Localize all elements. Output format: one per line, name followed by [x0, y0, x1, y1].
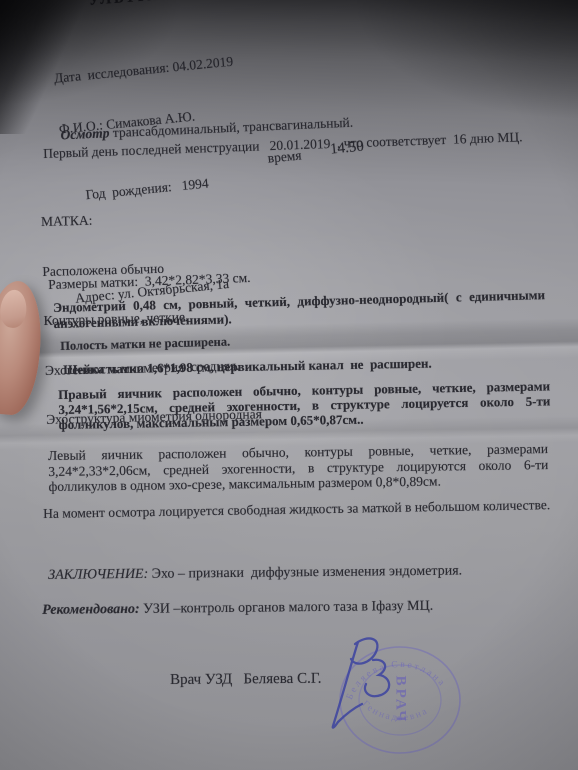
- doctor-signature-line: Врач УЗД Беляева С.Г.: [170, 671, 322, 688]
- exam-type-label: Осмотр: [60, 125, 110, 142]
- recommendation-label: Рекомендовано:: [42, 602, 140, 618]
- left-ovary-paragraph: Левый яичник расположен обычно, контуры …: [48, 441, 549, 494]
- uterus-heading: МАТКА:: [41, 208, 257, 230]
- handwritten-signature: [318, 632, 418, 742]
- free-fluid-line: На момент осмотра лоцируется свободная ж…: [43, 497, 550, 522]
- recommendation-line: Рекомендовано: УЗИ –контроль органов мал…: [28, 583, 433, 635]
- conclusion-text: Эхо – признаки диффузные изменения эндом…: [148, 564, 462, 582]
- recommendation-text: УЗИ –контроль органов малого таза в Iфаз…: [140, 599, 434, 617]
- fingernail: [0, 289, 28, 329]
- study-date: Дата исследования: 04.02.2019: [53, 53, 234, 87]
- conclusion-label: ЗАКЛЮЧЕНИЕ:: [48, 567, 148, 583]
- document-photo: УЛЬТРАЗВУКОВОЕ ИССЛЕДОВАНИЕ Дата исследо…: [0, 0, 578, 770]
- fingertip: [0, 279, 46, 417]
- document-title: УЛЬТРАЗВУКОВОЕ ИССЛЕДОВАНИЕ: [88, 0, 433, 9]
- right-ovary-paragraph: Правый яичник расположен обычно, контуры…: [58, 378, 551, 432]
